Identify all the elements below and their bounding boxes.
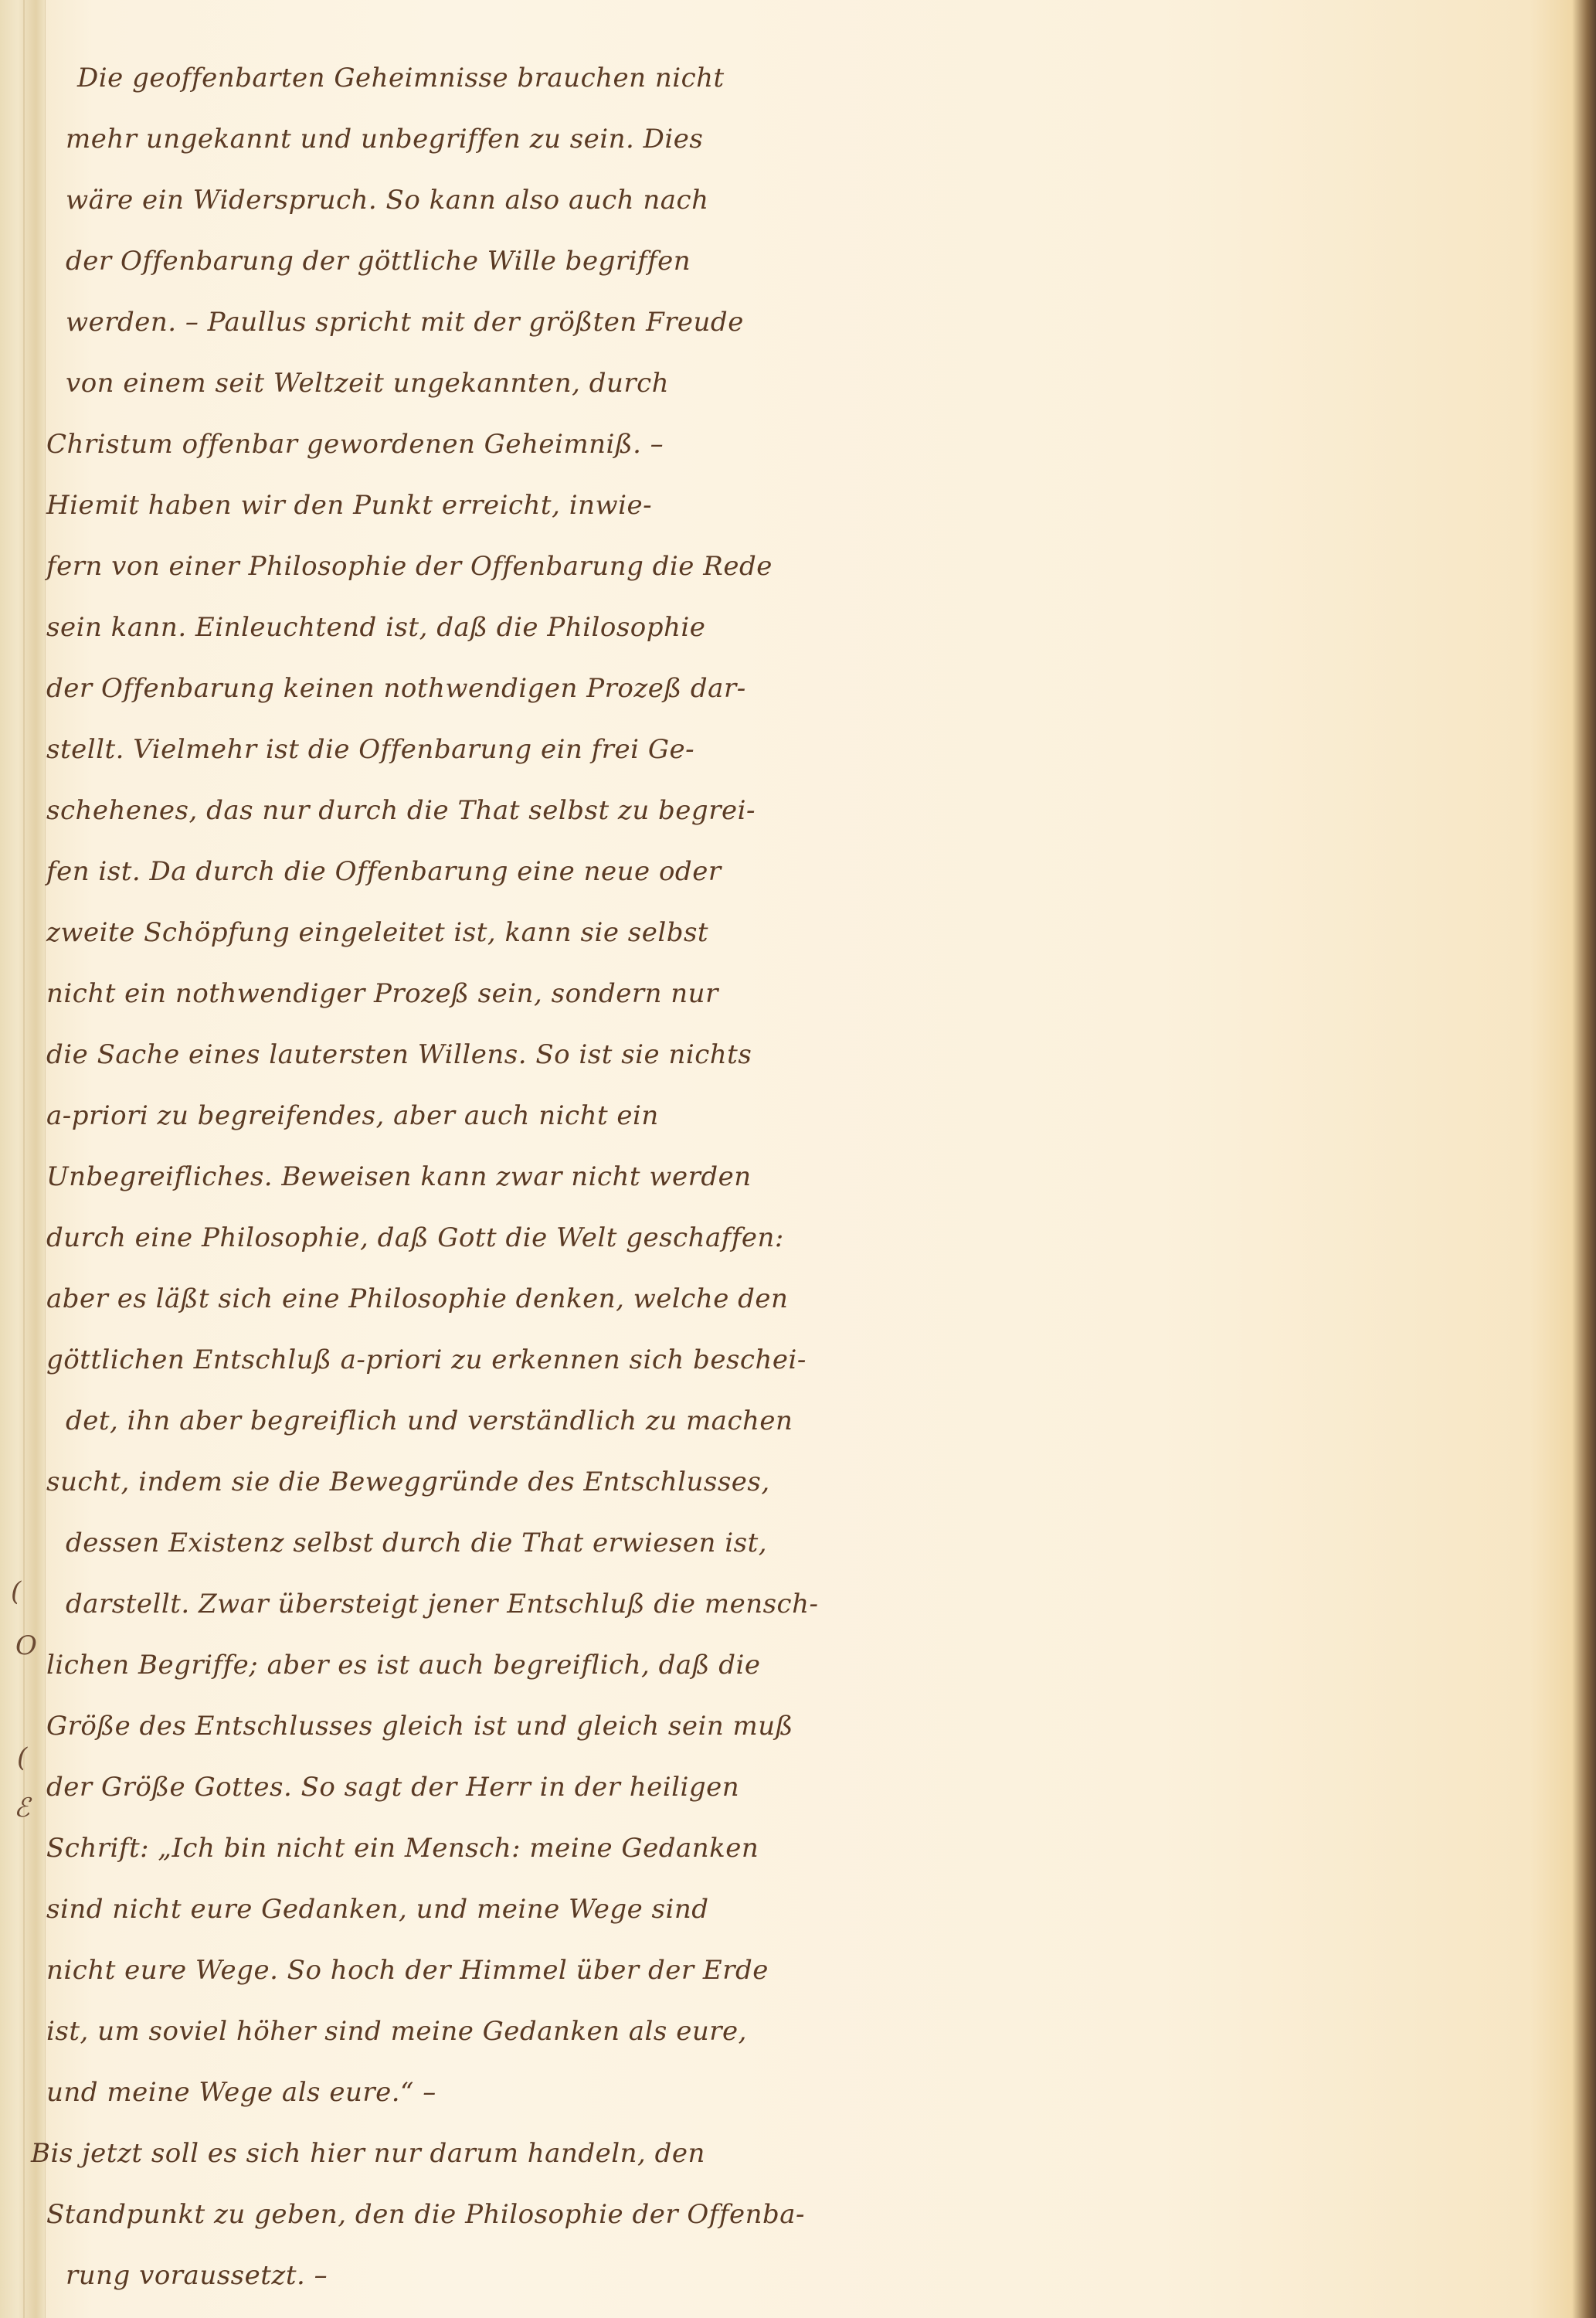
text-line: Die geoffenbarten Geheimnisse brauchen n… <box>31 48 904 109</box>
text-line: sucht, indem sie die Beweggründe des Ent… <box>31 1452 904 1513</box>
text-line: stellt. Vielmehr ist die Offenbarung ein… <box>31 719 904 780</box>
text-line: die Sache eines lautersten Willens. So i… <box>31 1025 904 1086</box>
text-line: Schrift: „Ich bin nicht ein Mensch: mein… <box>31 1818 904 1879</box>
text-line: a-priori zu begreifendes, aber auch nich… <box>31 1086 904 1147</box>
text-line: fern von einer Philosophie der Offenbaru… <box>31 536 904 597</box>
margin-mark: ( <box>17 1742 27 1773</box>
text-line: wäre ein Widerspruch. So kann also auch … <box>31 170 904 231</box>
text-line: der Offenbarung keinen nothwendigen Proz… <box>31 658 904 719</box>
text-line: rung voraussetzt. – <box>31 2245 904 2306</box>
text-line: lichen Begriffe; aber es ist auch begrei… <box>31 1635 904 1696</box>
text-line: nicht ein nothwendiger Prozeß sein, sond… <box>31 964 904 1025</box>
text-line: dessen Existenz selbst durch die That er… <box>31 1513 904 1574</box>
text-line: göttlichen Entschluß a-priori zu erkenne… <box>31 1330 904 1391</box>
text-line: sein kann. Einleuchtend ist, daß die Phi… <box>31 597 904 658</box>
text-line: schehenes, das nur durch die That selbst… <box>31 780 904 841</box>
handwritten-text-block: Die geoffenbarten Geheimnisse brauchen n… <box>31 48 904 2306</box>
text-line: sind nicht eure Gedanken, und meine Wege… <box>31 1879 904 1940</box>
text-line: der Größe Gottes. So sagt der Herr in de… <box>31 1757 904 1818</box>
text-line: von einem seit Weltzeit ungekannten, dur… <box>31 353 904 414</box>
text-line: Hiemit haben wir den Punkt erreicht, inw… <box>31 475 904 536</box>
text-line: Bis jetzt soll es sich hier nur darum ha… <box>31 2123 904 2184</box>
manuscript-page: ( O ( ℰ Die geoffenbarten Geheimnisse br… <box>0 0 1596 2318</box>
text-line: Unbegreifliches. Beweisen kann zwar nich… <box>31 1147 904 1208</box>
text-line: fen ist. Da durch die Offenbarung eine n… <box>31 841 904 902</box>
text-line: mehr ungekannt und unbegriffen zu sein. … <box>31 109 904 170</box>
text-line: Christum offenbar gewordenen Geheimniß. … <box>31 414 904 475</box>
text-line: darstellt. Zwar übersteigt jener Entschl… <box>31 1574 904 1635</box>
text-line: ist, um soviel höher sind meine Gedanken… <box>31 2001 904 2062</box>
binding-fold-line <box>23 0 25 2318</box>
text-line: zweite Schöpfung eingeleitet ist, kann s… <box>31 902 904 964</box>
margin-mark: ℰ <box>14 1793 30 1823</box>
margin-mark: ( <box>11 1576 21 1607</box>
text-line: Größe des Entschlusses gleich ist und gl… <box>31 1696 904 1757</box>
text-line: aber es läßt sich eine Philosophie denke… <box>31 1269 904 1330</box>
text-line: werden. – Paullus spricht mit der größte… <box>31 292 904 353</box>
text-line: und meine Wege als eure.“ – <box>31 2062 904 2123</box>
text-line: Standpunkt zu geben, den die Philosophie… <box>31 2184 904 2245</box>
text-line: det, ihn aber begreiflich und verständli… <box>31 1391 904 1452</box>
text-line: der Offenbarung der göttliche Wille begr… <box>31 231 904 292</box>
text-line: durch eine Philosophie, daß Gott die Wel… <box>31 1208 904 1269</box>
text-line: nicht eure Wege. So hoch der Himmel über… <box>31 1940 904 2001</box>
